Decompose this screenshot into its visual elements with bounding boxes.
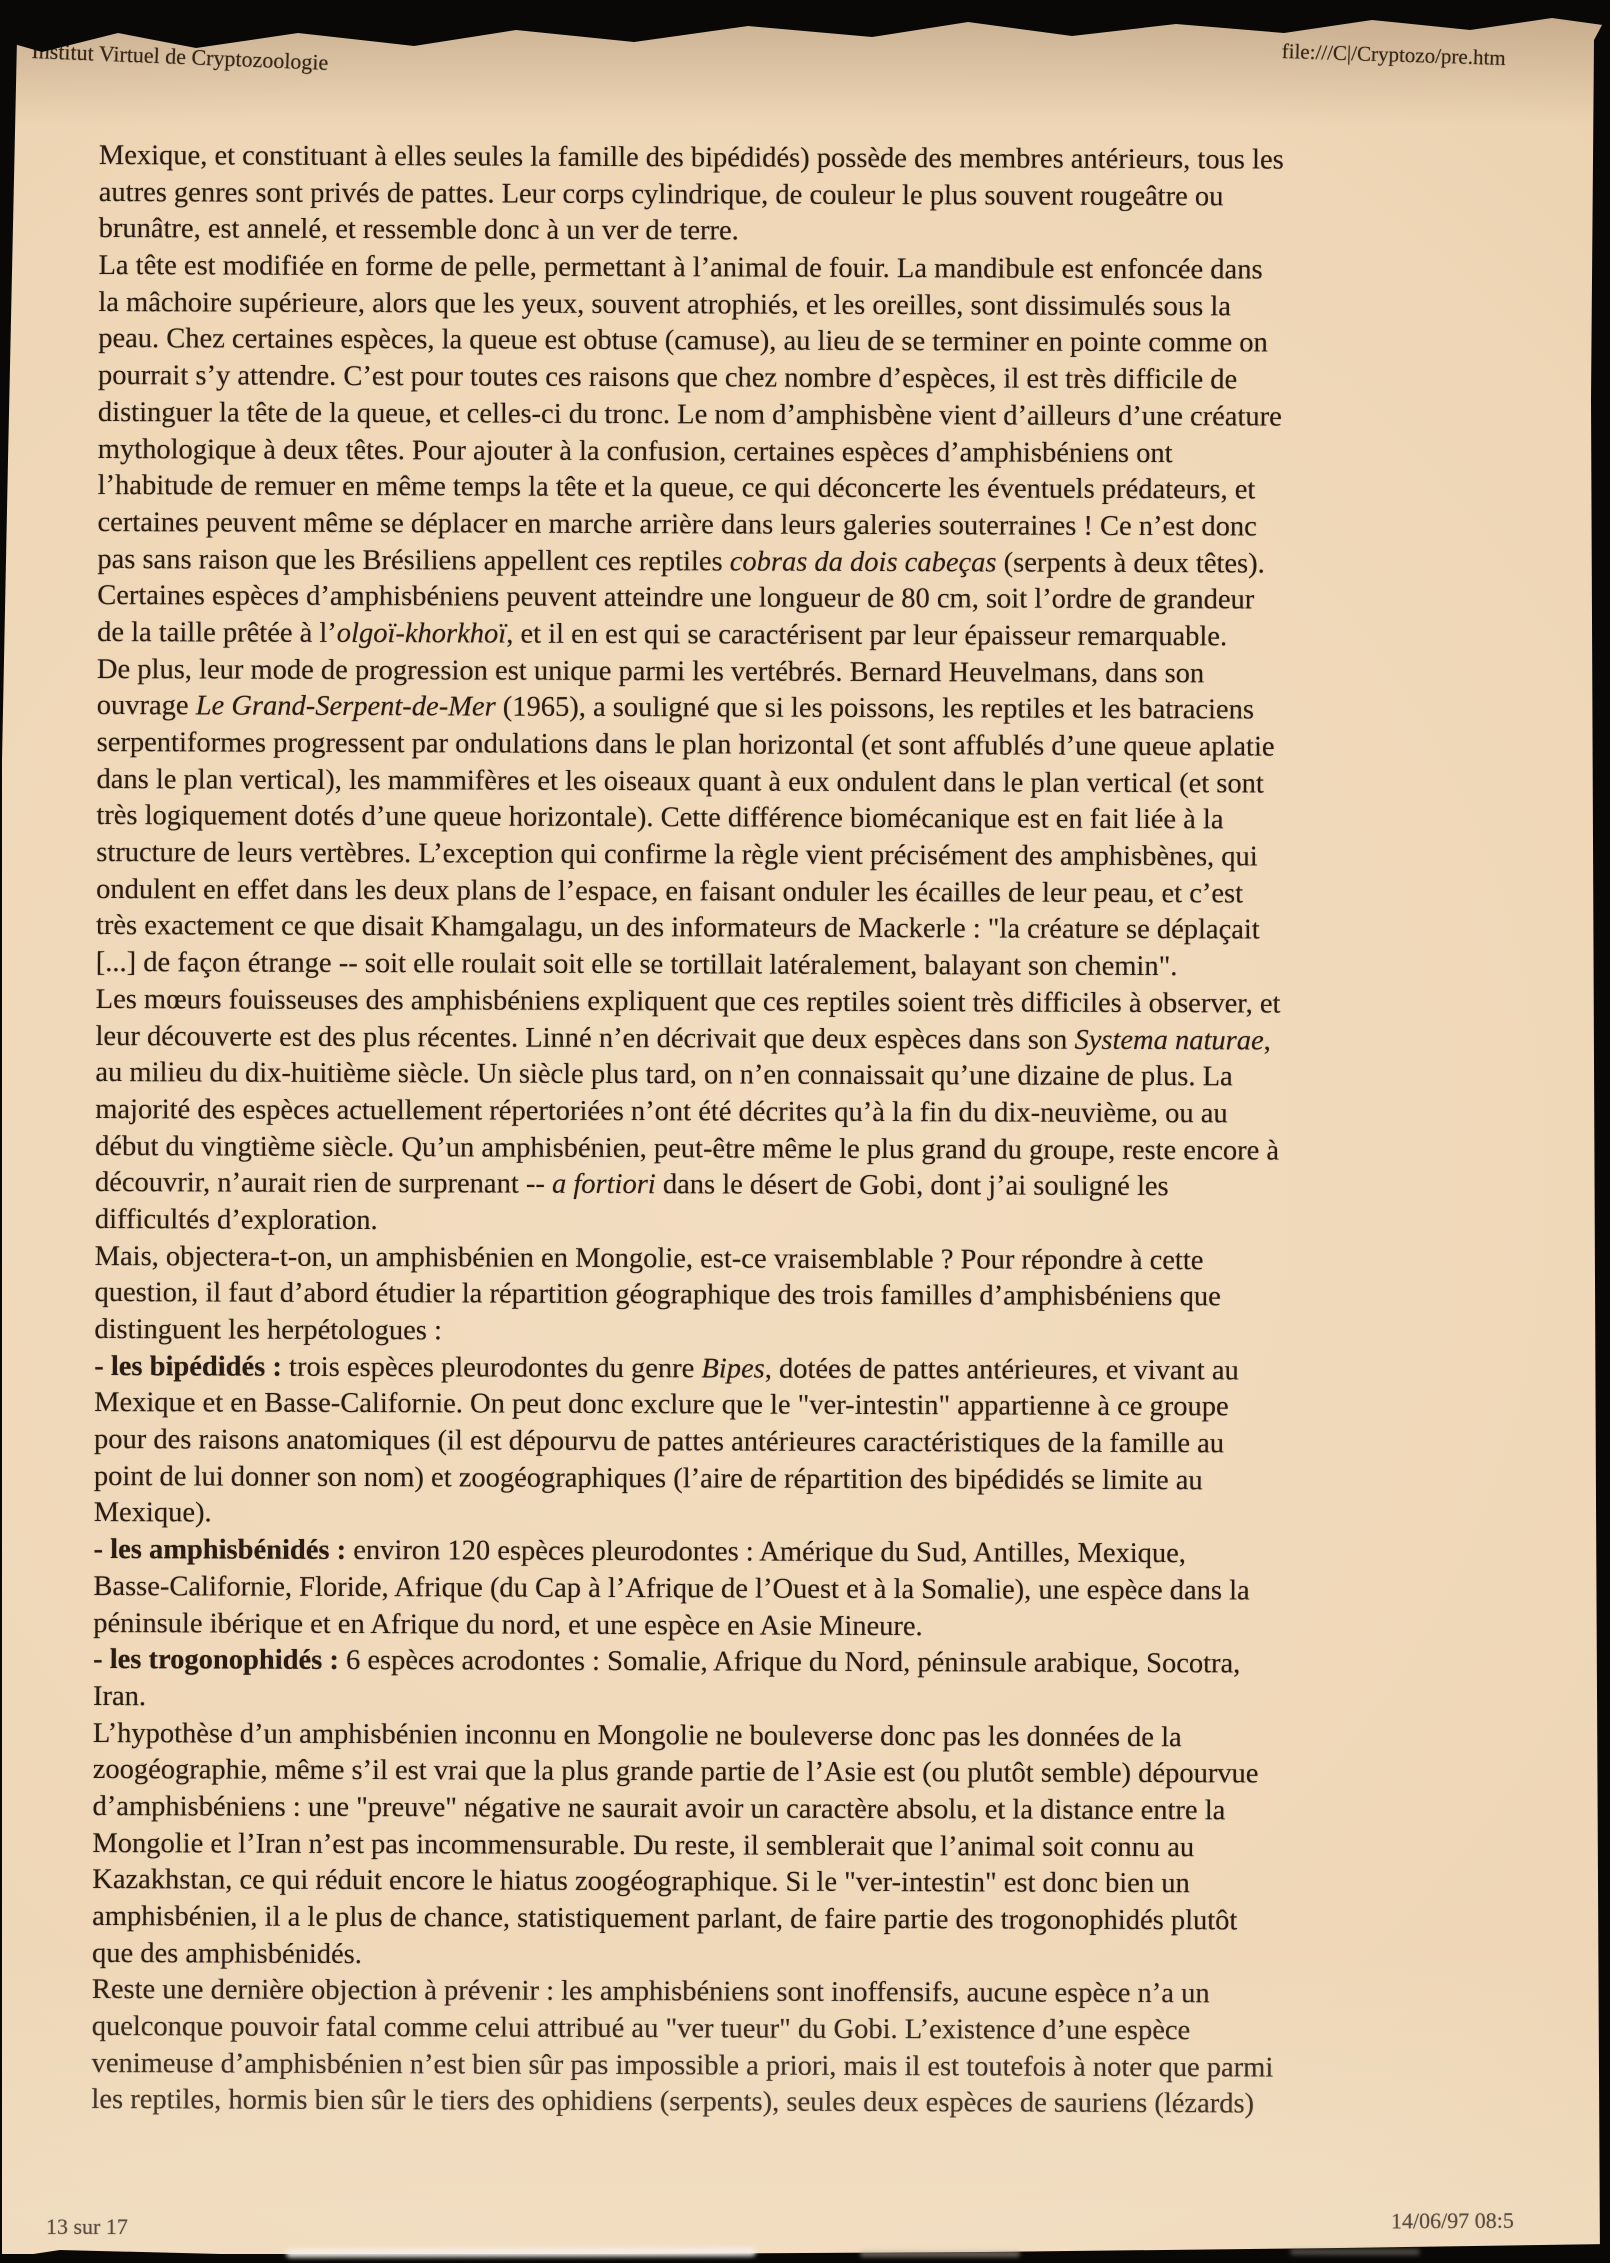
text-line: les reptiles, hormis bien sûr le tiers d…	[91, 2082, 1531, 2124]
text-line: De plus, leur mode de progression est un…	[97, 652, 1537, 694]
light-reflection	[286, 2247, 756, 2257]
text-line: pas sans raison que les Brésiliens appel…	[97, 542, 1537, 584]
text-line: début du vingtième siècle. Qu’un amphisb…	[95, 1129, 1535, 1171]
text-line: l’habitude de remuer en même temps la tê…	[98, 468, 1538, 510]
text-line: brunâtre, est annelé, et ressemble donc …	[99, 211, 1539, 253]
text-line: serpentiformes progressent par ondulatio…	[97, 725, 1537, 767]
text-line: très exactement ce que disait Khamgalagu…	[96, 908, 1536, 950]
text-line: structure de leurs vertèbres. L’exceptio…	[96, 835, 1536, 877]
header-file-url: file:///C|/Cryptozo/pre.htm	[1281, 39, 1506, 71]
text-line: peau. Chez certaines espèces, la queue e…	[98, 321, 1538, 363]
text-line: que des amphisbénidés.	[92, 1936, 1532, 1978]
text-line: mythologique à deux têtes. Pour ajouter …	[98, 431, 1538, 473]
text-line: Basse-Californie, Floride, Afrique (du C…	[93, 1569, 1533, 1611]
text-line: amphisbénien, il a le plus de chance, st…	[92, 1899, 1532, 1941]
text-line: ondulent en effet dans les deux plans de…	[96, 872, 1536, 914]
text-line: la mâchoire supérieure, alors que les ye…	[98, 285, 1538, 327]
text-line: Certaines espèces d’amphisbéniens peuven…	[97, 578, 1537, 620]
text-line: très logiquement dotés d’une queue horiz…	[96, 798, 1536, 840]
text-line: L’hypothèse d’un amphisbénien inconnu en…	[93, 1716, 1533, 1758]
footer-page-number: 13 sur 17	[46, 2214, 128, 2240]
text-line: d’amphisbéniens : une "preuve" négative …	[93, 1789, 1533, 1831]
text-line: quelconque pouvoir fatal comme celui att…	[92, 2009, 1532, 2051]
text-line: Mexique).	[94, 1495, 1534, 1537]
text-line: Mongolie et l’Iran n’est pas incommensur…	[92, 1826, 1532, 1868]
text-line: [...] de façon étrange -- soit elle roul…	[96, 945, 1536, 987]
text-line: ouvrage Le Grand-Serpent-de-Mer (1965), …	[97, 688, 1537, 730]
paper-page: Institut Virtuel de Cryptozoologie file:…	[2, 14, 1606, 2254]
text-line: majorité des espèces actuellement répert…	[95, 1092, 1535, 1134]
header-site-name: Institut Virtuel de Cryptozoologie	[31, 38, 329, 76]
text-line: découvrir, n’aurait rien de surprenant -…	[95, 1165, 1535, 1207]
text-line: Mexique et en Basse-Californie. On peut …	[94, 1385, 1534, 1427]
text-line: Mais, objectera-t-on, un amphisbénien en…	[95, 1239, 1535, 1281]
text-line: pour des raisons anatomiques (il est dép…	[94, 1422, 1534, 1464]
text-line: Kazakhstan, ce qui réduit encore le hiat…	[92, 1862, 1532, 1904]
text-line: venimeuse d’amphisbénien n’est bien sûr …	[92, 2046, 1532, 2088]
text-line: péninsule ibérique et en Afrique du nord…	[93, 1605, 1533, 1647]
text-line: - les amphisbénidés : environ 120 espèce…	[94, 1532, 1534, 1574]
light-reflection-faint	[860, 2251, 1020, 2257]
page-body-text: Mexique, et constituant à elles seules l…	[91, 138, 1539, 2125]
text-line: question, il faut d’abord étudier la rép…	[94, 1275, 1534, 1317]
text-line: distinguer la tête de la queue, et celle…	[98, 395, 1538, 437]
text-line: au milieu du dix-huitième siècle. Un siè…	[95, 1055, 1535, 1097]
text-line: Iran.	[93, 1679, 1533, 1721]
text-line: de la taille prêtée à l’olgoï-khorkhoï, …	[97, 615, 1537, 657]
text-line: Les mœurs fouisseuses des amphisbéniens …	[96, 982, 1536, 1024]
text-line: difficultés d’exploration.	[95, 1202, 1535, 1244]
text-line: Reste une dernière objection à prévenir …	[92, 1972, 1532, 2014]
text-line: autres genres sont privés de pattes. Leu…	[99, 175, 1539, 217]
text-line: - les bipédidés : trois espèces pleurodo…	[94, 1349, 1534, 1391]
text-line: distinguent les herpétologues :	[94, 1312, 1534, 1354]
text-line: point de lui donner son nom) et zoogéogr…	[94, 1459, 1534, 1501]
text-line: dans le plan vertical), les mammifères e…	[96, 762, 1536, 804]
text-line: La tête est modifiée en forme de pelle, …	[98, 248, 1538, 290]
photo-canvas: Institut Virtuel de Cryptozoologie file:…	[0, 0, 1610, 2263]
text-line: Mexique, et constituant à elles seules l…	[99, 138, 1539, 180]
text-line: leur découverte est des plus récentes. L…	[95, 1018, 1535, 1060]
footer-datetime: 14/06/97 08:5	[1391, 2208, 1514, 2235]
text-line: - les trogonophidés : 6 espèces acrodont…	[93, 1642, 1533, 1684]
light-reflection-faint-right	[1290, 2249, 1420, 2255]
text-line: zoogéographie, même s’il est vrai que la…	[93, 1752, 1533, 1794]
text-line: pourrait s’y attendre. C’est pour toutes…	[98, 358, 1538, 400]
text-line: certaines peuvent même se déplacer en ma…	[97, 505, 1537, 547]
